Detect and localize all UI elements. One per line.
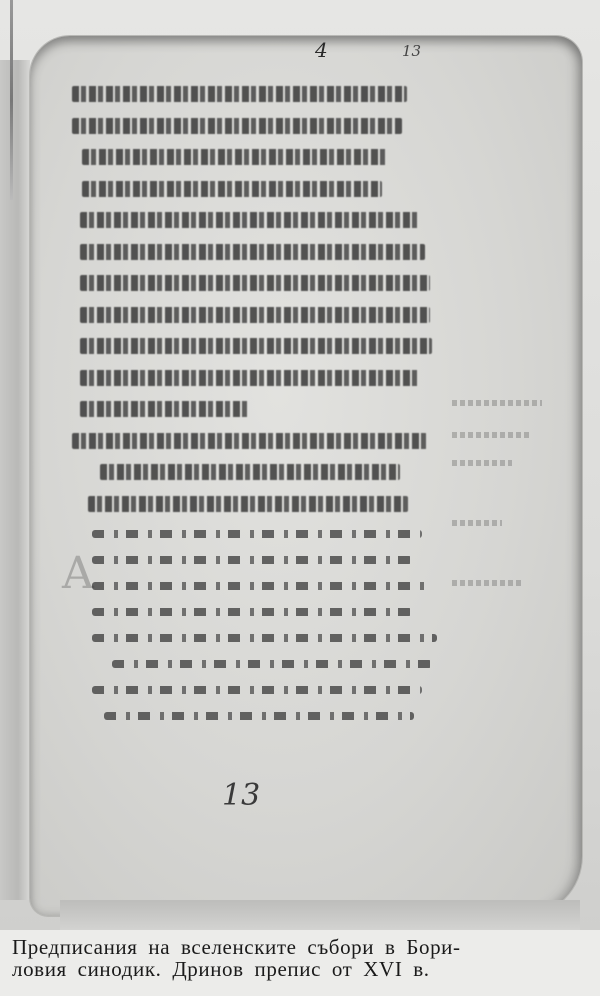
folio-mark-top-right: 13 xyxy=(402,42,421,60)
neume-line xyxy=(92,530,422,538)
manuscript-line xyxy=(82,149,387,165)
margin-note xyxy=(452,432,532,438)
neume-line xyxy=(104,712,414,720)
margin-note xyxy=(452,400,542,406)
neume-line xyxy=(92,634,437,642)
neume-line xyxy=(92,556,412,564)
book-edge xyxy=(0,60,30,900)
manuscript-line xyxy=(80,212,420,228)
leaf-shadow xyxy=(60,900,580,930)
manuscript-line xyxy=(72,86,407,102)
manuscript-line xyxy=(72,433,427,449)
faded-initial: A xyxy=(62,548,94,599)
manuscript-text-block xyxy=(72,86,452,527)
manuscript-photo: 4 13 A 13 xyxy=(0,0,600,930)
neume-notation-block xyxy=(92,530,442,738)
margin-note xyxy=(452,520,502,526)
figure-caption: Предписания на вселенските събори в Бори… xyxy=(12,936,592,980)
manuscript-line xyxy=(80,244,425,260)
caption-line-2: ловия синодик. Дринов препис от XVI в. xyxy=(12,958,592,980)
manuscript-line xyxy=(72,118,402,134)
manuscript-line xyxy=(80,307,430,323)
neume-line xyxy=(92,608,412,616)
manuscript-line xyxy=(80,338,432,354)
caption-line-1: Предписания на вселенските събори в Бори… xyxy=(12,936,592,958)
folio-number-bottom: 13 xyxy=(222,778,260,813)
manuscript-line xyxy=(80,275,430,291)
neume-line xyxy=(92,686,422,694)
manuscript-line xyxy=(100,464,400,480)
manuscript-line xyxy=(80,370,420,386)
binding-thread xyxy=(10,0,13,200)
margin-note xyxy=(452,460,512,466)
neume-line xyxy=(112,660,432,668)
margin-note xyxy=(452,580,522,586)
manuscript-line xyxy=(80,401,250,417)
neume-line xyxy=(92,582,432,590)
manuscript-line xyxy=(88,496,408,512)
manuscript-line xyxy=(82,181,382,197)
folio-number-top: 4 xyxy=(315,38,328,62)
